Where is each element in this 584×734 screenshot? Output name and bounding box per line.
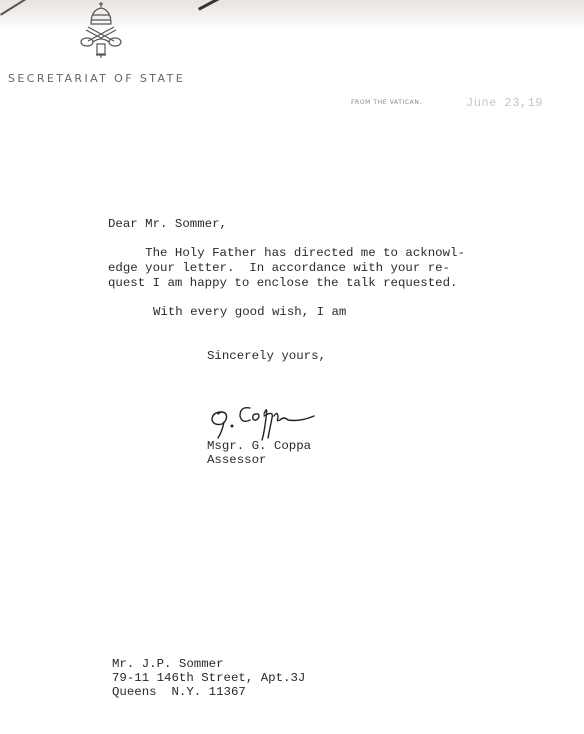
signer-name: Msgr. G. Coppa <box>207 439 311 453</box>
signer-title: Assessor <box>207 453 267 467</box>
body-line: quest I am happy to enclose the talk req… <box>108 276 457 290</box>
body-line: edge your letter. In accordance with you… <box>108 261 450 275</box>
recipient-line: Mr. J.P. Sommer <box>112 657 224 671</box>
body-line: The Holy Father has directed me to ackno… <box>108 246 465 260</box>
recipient-line: 79-11 146th Street, Apt.3J <box>112 671 305 685</box>
salutation: Dear Mr. Sommer, <box>108 217 227 231</box>
closing-wish: With every good wish, I am <box>153 305 346 319</box>
papal-seal-icon <box>76 0 126 62</box>
letter-date: June 23,19 <box>466 96 543 110</box>
from-line: FROM THE VATICAN, <box>351 99 422 106</box>
recipient-line: Queens N.Y. 11367 <box>112 685 246 699</box>
complimentary-close: Sincerely yours, <box>207 349 326 363</box>
letterhead-office: SECRETARIAT OF STATE <box>8 72 185 85</box>
handwritten-signature <box>208 398 318 444</box>
